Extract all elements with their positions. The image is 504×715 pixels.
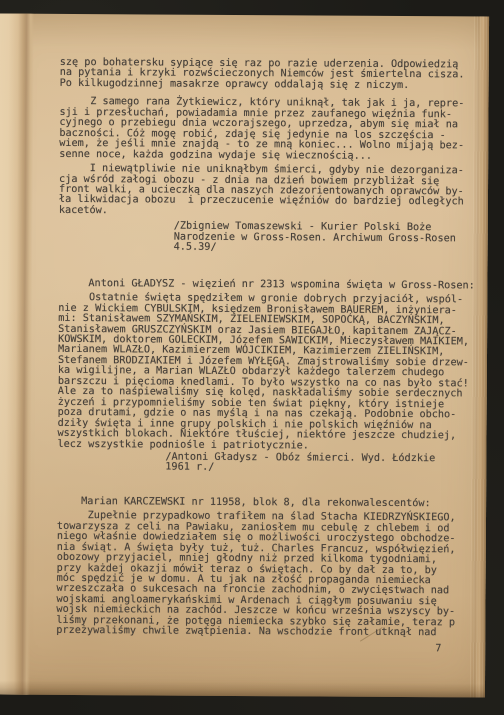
- paragraph-gladysz-memoir: Ostatnie święta spędziłem w gronie dobry…: [57, 293, 474, 452]
- source-citation-gladysz: /Antoni Gładysz - Obóz śmierci. Wyd. Łód…: [165, 453, 473, 476]
- paragraph-karczewski-memoir: Zupełnie przypadkowo trafiłem na ślad St…: [56, 511, 473, 639]
- section-heading-gladysz: Antoni GŁADYSZ - więzień nr 2313 wspomin…: [88, 279, 474, 292]
- paragraph-dezorganizacja: I niewątpliwie nie uniknąłbym śmierci, g…: [59, 164, 475, 219]
- page-gutter-crease: [0, 13, 34, 694]
- scanned-book-photo: { "page": { "number": "7", "paragraph_1"…: [0, 0, 504, 715]
- book-page: szę po bohatersku sypiące się raz po raz…: [0, 13, 489, 697]
- section-heading-karczewski: Marian KARCZEWSKI nr 11958, blok 8, dla …: [81, 497, 473, 510]
- paragraph-continuation: szę po bohatersku sypiące się raz po raz…: [60, 58, 476, 92]
- page-text: szę po bohatersku sypiące się raz po raz…: [56, 58, 476, 639]
- source-citation-tomaszewski: /Zbigniew Tomaszewski - Kurier Polski Bo…: [174, 222, 475, 255]
- page-number: 7: [435, 643, 441, 654]
- page-bottom-shadow: [0, 680, 485, 697]
- paragraph-zytkiewicz: Z samego rana Żytkiewicz, który uniknął,…: [59, 97, 475, 162]
